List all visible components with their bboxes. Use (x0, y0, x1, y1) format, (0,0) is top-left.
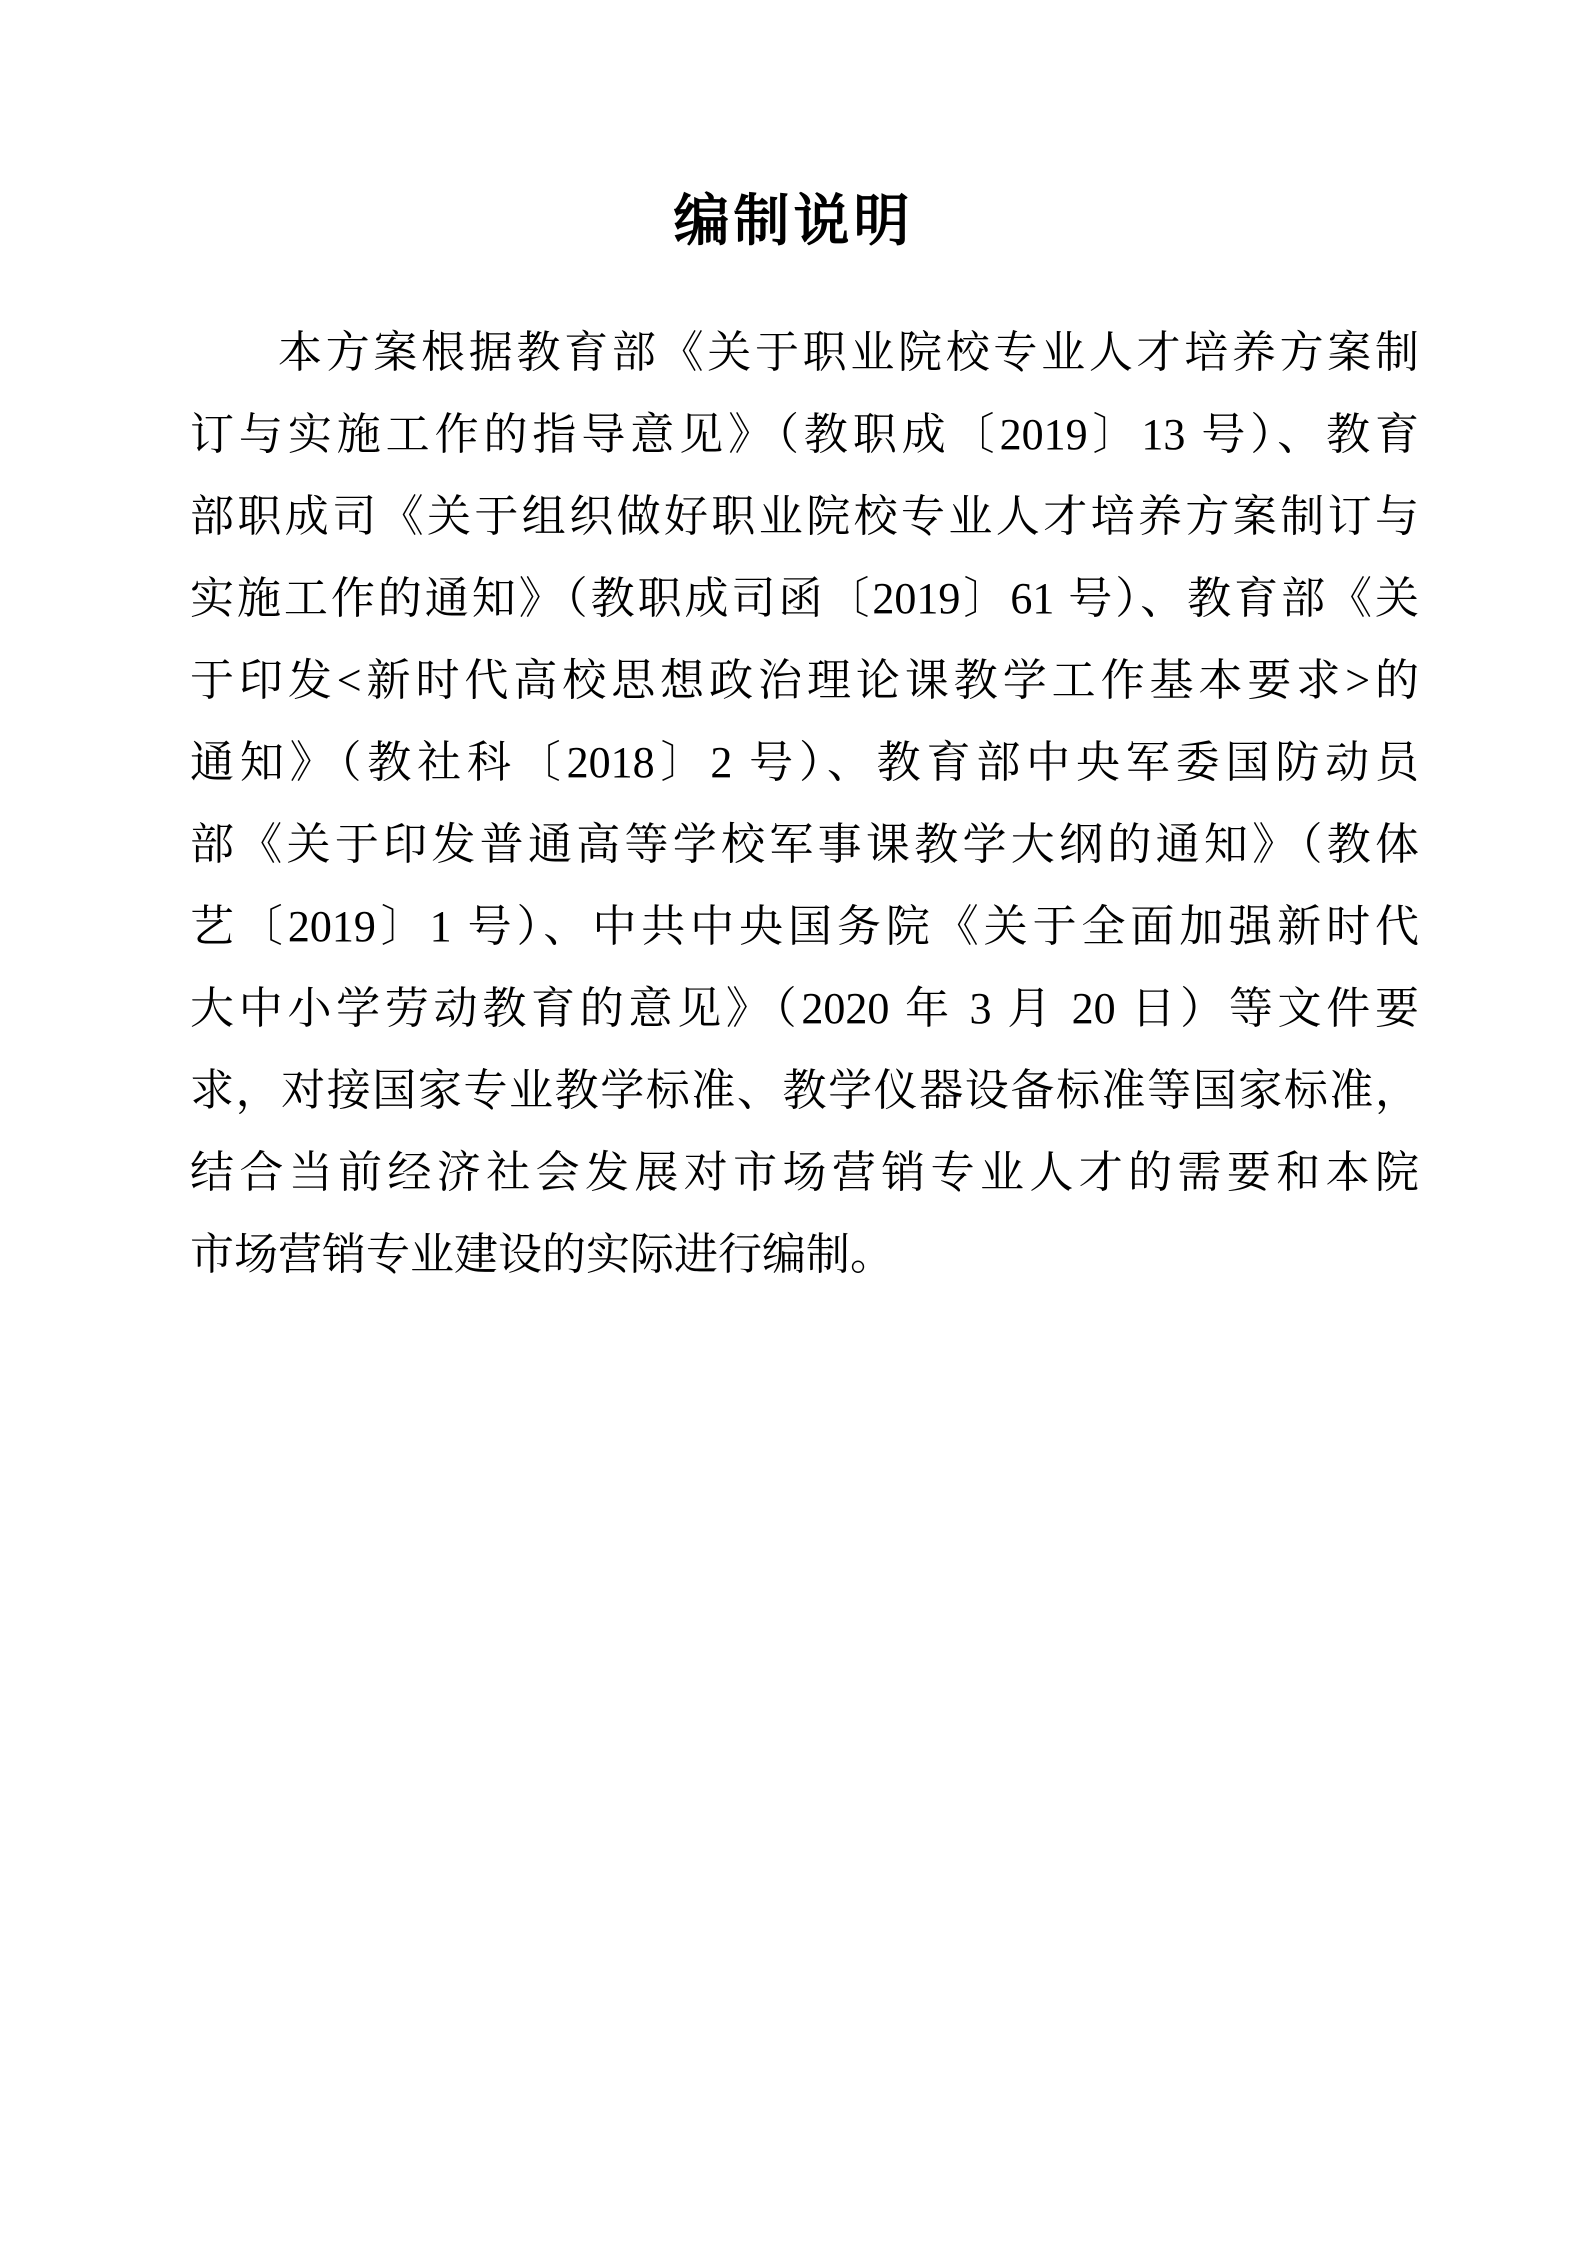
paragraph-line: 市场营销专业建设的实际进行编制。 (190, 1214, 1419, 1296)
paragraph-line: 实施工作的通知》（教职成司函〔2019〕61 号）、教育部《关 (190, 558, 1419, 640)
paragraph-line: 结合当前经济社会发展对市场营销专业人才的需要和本院 (190, 1132, 1419, 1214)
paragraph-line: 求，对接国家专业教学标准、教学仪器设备标准等国家标准， (190, 1050, 1419, 1132)
paragraph-line: 部《关于印发普通高等学校军事课教学大纲的通知》（教体 (190, 804, 1419, 886)
paragraph-line: 艺〔2019〕1 号）、中共中央国务院《关于全面加强新时代 (190, 886, 1419, 968)
paragraph-line: 部职成司《关于组织做好职业院校专业人才培养方案制订与 (190, 476, 1419, 558)
paragraph-line: 大中小学劳动教育的意见》（2020 年 3 月 20 日）等文件要 (190, 968, 1419, 1050)
body-paragraph: 本方案根据教育部《关于职业院校专业人才培养方案制 订与实施工作的指导意见》（教职… (0, 312, 1587, 1296)
paragraph-line: 于印发<新时代高校思想政治理论课教学工作基本要求>的 (190, 640, 1419, 722)
document-page: 编制说明 本方案根据教育部《关于职业院校专业人才培养方案制 订与实施工作的指导意… (0, 0, 1587, 2245)
paragraph-line: 订与实施工作的指导意见》（教职成〔2019〕13 号）、教育 (190, 394, 1419, 476)
paragraph-line: 本方案根据教育部《关于职业院校专业人才培养方案制 (190, 312, 1419, 394)
paragraph-line: 通知》（教社科〔2018〕2 号）、教育部中央军委国防动员 (190, 722, 1419, 804)
document-title: 编制说明 (0, 0, 1587, 256)
